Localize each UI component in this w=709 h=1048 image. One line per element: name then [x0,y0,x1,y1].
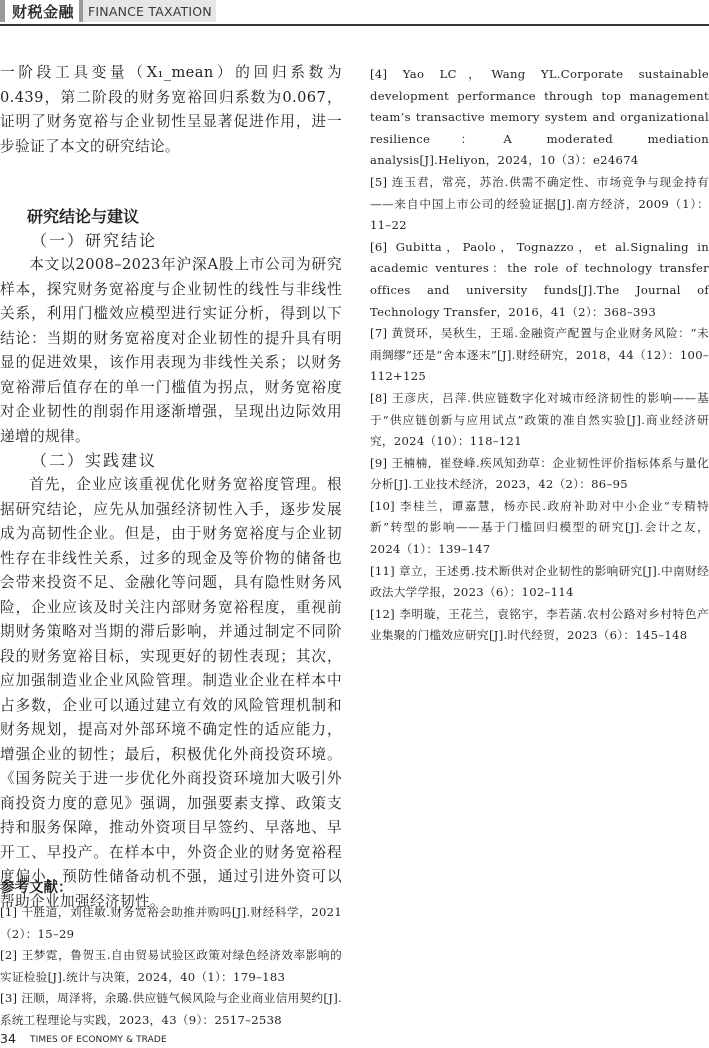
page-header: 财税金融 FINANCE TAXATION [0,0,709,27]
reference-item: [4] Yao LC，Wang YL.Corporate sustainable… [370,64,709,172]
reference-item: [6] Gubitta，Paolo，Tognazzo，et al.Signali… [370,237,709,323]
section-label-en: FINANCE TAXATION [88,1,212,23]
continuation-paragraph: 一阶段工具变量（X₁_mean）的回归系数为0.439，第二阶段的财务宽裕回归系… [0,61,342,159]
left-column: 一阶段工具变量（X₁_mean）的回归系数为0.439，第二阶段的财务宽裕回归系… [0,61,342,914]
reference-item: [12] 李明璇，王花兰，袁铭宇，李若菡.农村公路对乡村特色产业集聚的门槛效应研… [370,604,709,647]
magazine-name: TIMES OF ECONOMY & TRADE [30,1032,167,1048]
page-footer: 34 TIMES OF ECONOMY & TRADE [0,1030,709,1048]
section-title: 研究结论与建议 [27,205,342,229]
reference-item: [8] 王彦庆，吕萍.供应链数字化对城市经济韧性的影响——基于“供应链创新与应用… [370,388,709,453]
header-left-bar [0,0,5,22]
reference-item: [2] 王梦霓，鲁贺玉.自由贸易试验区政策对绿色经济效率影响的实证检验[J].统… [0,945,342,988]
reference-item: [3] 汪顺，周泽将，余璐.供应链气候风险与企业商业信用契约[J].系统工程理论… [0,988,342,1031]
subsection-title-conclusions: （一）研究结论 [31,229,342,253]
reference-item: [9] 王楠楠，崔登峰.疾风知劲草：企业韧性评价指标体系与量化分析[J].工业技… [370,453,709,496]
reference-item: [7] 黄贤环，吴秋生，王瑶.金融资产配置与企业财务风险：“未雨绸缪”还是“舍本… [370,323,709,388]
header-rule [0,24,709,26]
section-label-cn: 财税金融 [12,1,74,23]
reference-item: [5] 连玉君，常亮，苏治.供需不确定性、市场竞争与现金持有——来自中国上市公司… [370,172,709,237]
references-title: 参考文献： [0,878,73,898]
reference-item: [10] 李桂兰，谭嘉慧，杨亦民.政府补助对中小企业“专精特新”转型的影响——基… [370,496,709,561]
conclusions-paragraph: 本文以2008–2023年沪深A股上市公司为研究样本，探究财务宽裕度与企业韧性的… [0,253,342,449]
references-list-right: [4] Yao LC，Wang YL.Corporate sustainable… [370,64,709,647]
suggestions-paragraph: 首先，企业应该重视优化财务宽裕度管理。根据研究结论，应先从加强经济韧性入手，逐步… [0,473,342,914]
references-list-left: [1] 干胜道，刘佳敏.财务宽裕会助推并购吗[J].财经科学，2021（2）：1… [0,902,342,1032]
page-number: 34 [0,1030,16,1048]
reference-item: [1] 干胜道，刘佳敏.财务宽裕会助推并购吗[J].财经科学，2021（2）：1… [0,902,342,945]
reference-item: [11] 章立，王述勇.技术断供对企业韧性的影响研究[J].中南财经政法大学学报… [370,561,709,604]
subsection-title-suggestions: （二）实践建议 [31,449,342,473]
